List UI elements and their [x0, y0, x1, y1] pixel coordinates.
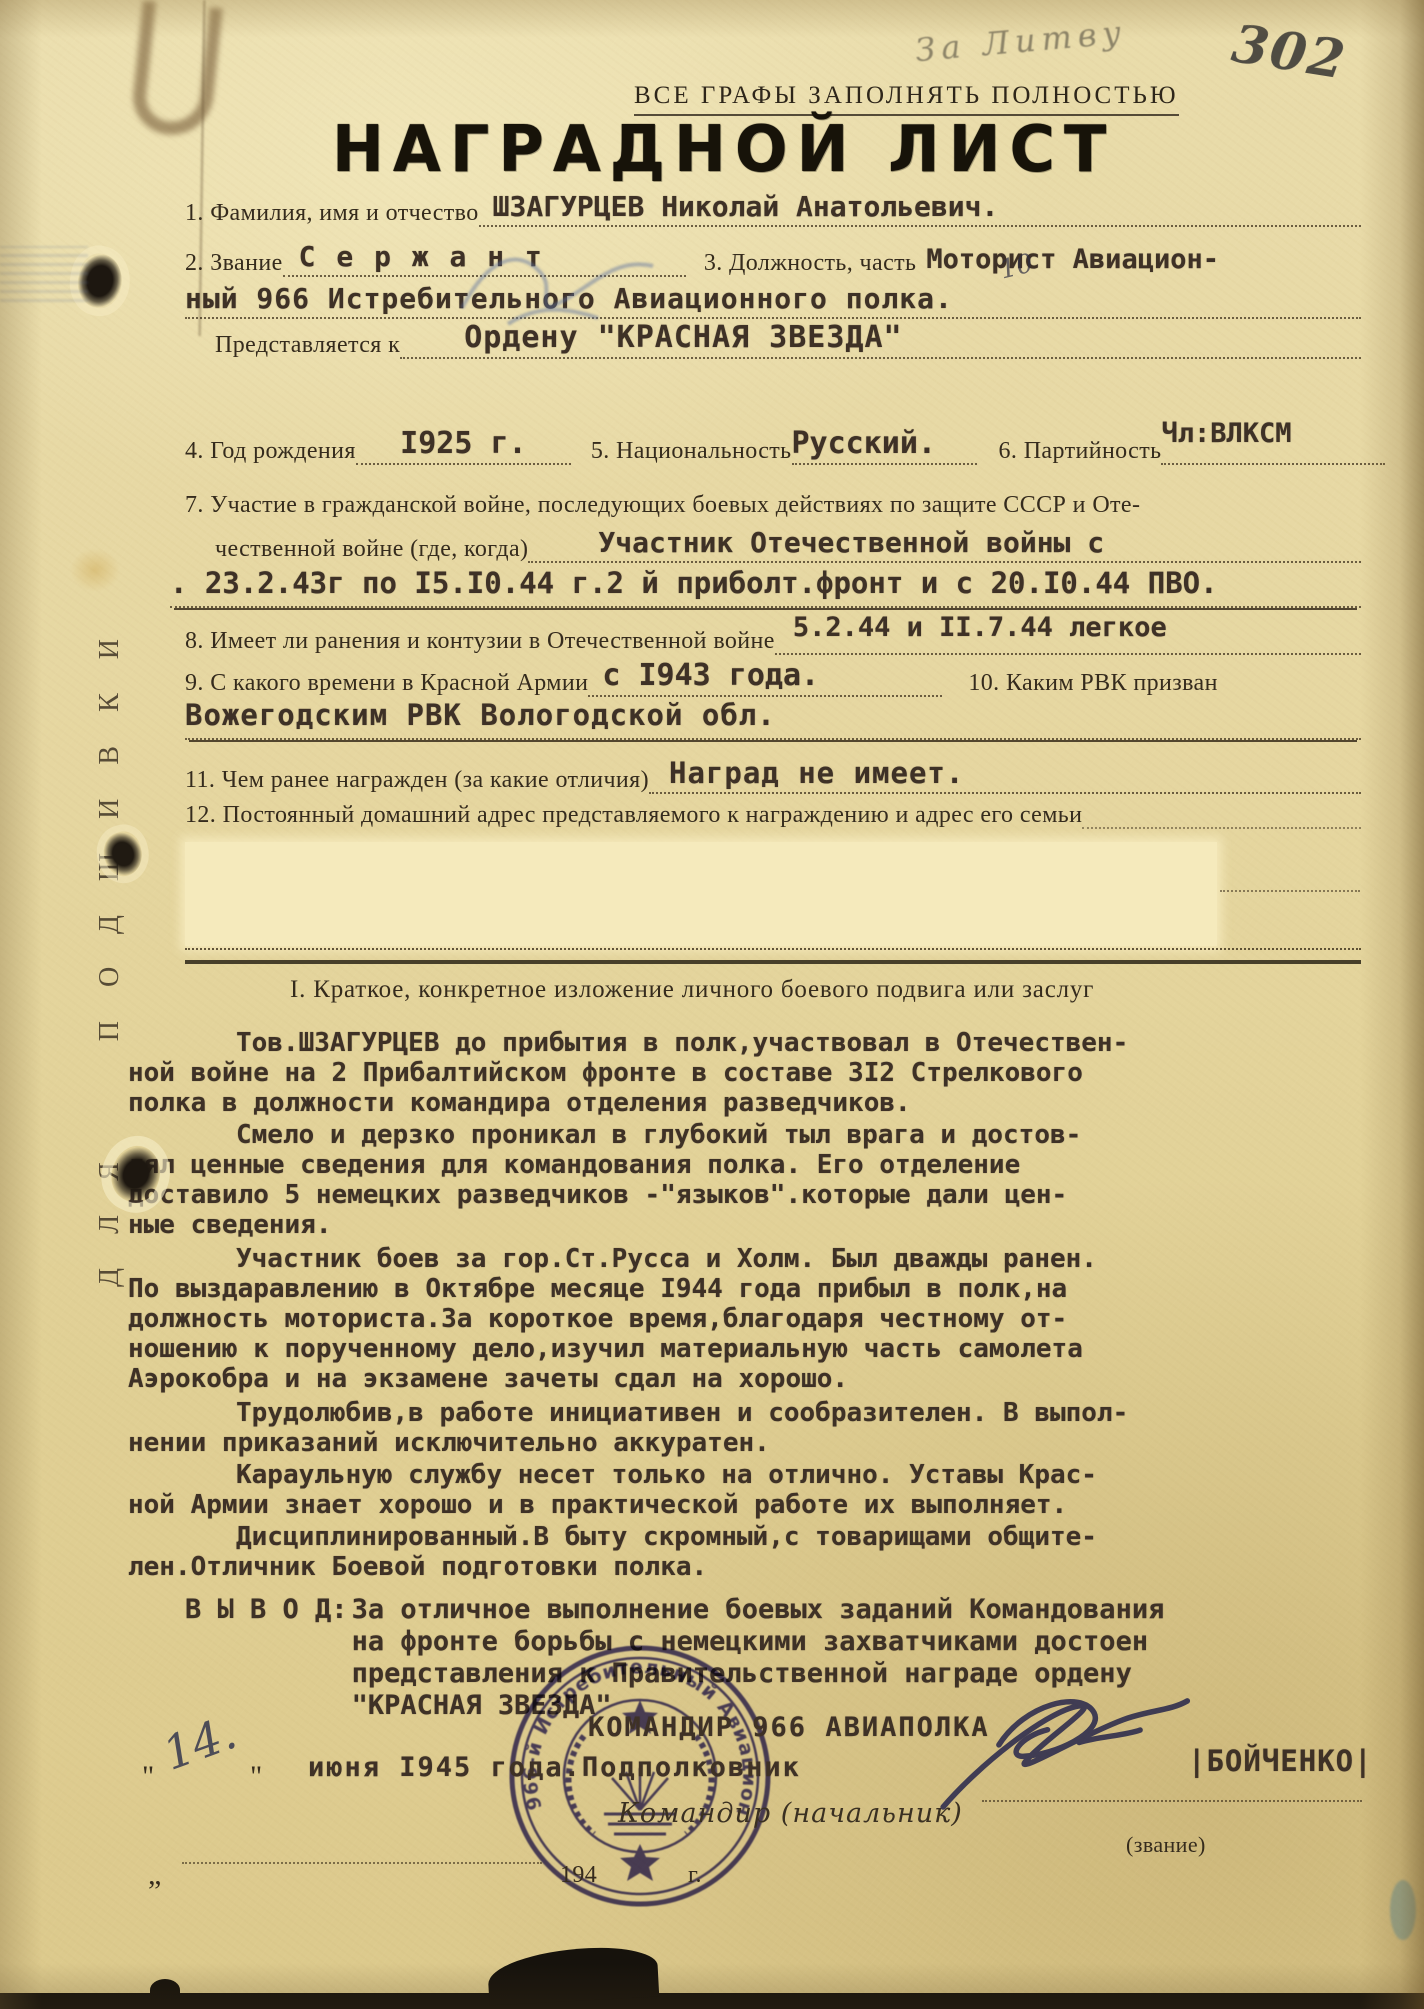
field-3-line: Моторист Авиацион-	[916, 246, 1361, 277]
field-7-row2: чественной войне (где, когда) Участник О…	[215, 528, 1361, 563]
scan-bottom-notch-small	[150, 1979, 180, 2001]
merit-paragraph-1: Тов.ШЗАГУРЦЕВ до прибытия в полк,участво…	[128, 1028, 1318, 1118]
field-5-label: 5. Национальность	[571, 438, 792, 465]
field-3-line2: ный 966 Истребительного Авиационного пол…	[185, 284, 1361, 319]
bottom-quote: „	[148, 1858, 162, 1892]
merit-paragraph-4: Трудолюбив,в работе инициативен и сообра…	[128, 1398, 1318, 1458]
field-12-line	[1082, 827, 1361, 829]
handwritten-correction: 10	[997, 248, 1036, 285]
field-5-line: Русский.	[792, 428, 977, 465]
field-3-label: 3. Должность, часть	[686, 250, 917, 277]
ghost-stamp-left	[0, 246, 88, 302]
rank-dotted-line	[982, 1800, 1362, 1802]
staple-rust-mark	[129, 0, 222, 139]
field-6-line: Чл:ВЛКСМ	[1161, 432, 1385, 465]
commander-surname: |БОЙЧЕНКО|	[1188, 1744, 1373, 1778]
conclusion-label: В Ы В О Д:	[185, 1594, 348, 1625]
field-8-label: 8. Имеет ли ранения и контузии в Отечест…	[185, 628, 775, 655]
day-quote-close: "	[250, 1760, 263, 1794]
merit-paragraph-5: Караульную службу несет только на отличн…	[128, 1460, 1318, 1520]
field-11-row: 11. Чем ранее награжден (за какие отличи…	[185, 758, 1361, 794]
field-7-label-line2: чественной войне (где, когда)	[215, 536, 528, 563]
field-7-line1: Участник Отечественной войны с	[528, 528, 1361, 563]
field-4-value: I925 г.	[400, 426, 526, 461]
presented-to-label: Представляется к	[215, 332, 400, 359]
field-10-label: 10. Каким РВК призван	[942, 670, 1217, 697]
teal-ink-smudge	[1390, 1880, 1416, 1940]
presented-to-line: Ордену "КРАСНАЯ ЗВЕЗДА"	[400, 322, 1361, 359]
field-11-line: Наград не имеет.	[649, 758, 1361, 794]
role-caption: Командир (начальник)	[618, 1798, 963, 1829]
field-8-line: 5.2.44 и II.7.44 легкое	[775, 622, 1361, 655]
field-7-value-line2: . 23.2.43г по I5.I0.44 г.2 й приболт.фро…	[170, 566, 1218, 600]
field-2-label: 2. Звание	[185, 250, 283, 277]
field-12-label: 12. Постоянный домашний адрес представля…	[185, 802, 1082, 829]
address-dotted-line	[1220, 890, 1360, 892]
field-9-value: с I943 года.	[602, 658, 819, 693]
field-7-line2: . 23.2.43г по I5.I0.44 г.2 й приболт.фро…	[170, 568, 1361, 608]
field-12-row: 12. Постоянный домашний адрес представля…	[185, 802, 1361, 829]
field-9-line: с I943 года.	[588, 660, 942, 697]
field-8-value: 5.2.44 и II.7.44 легкое	[793, 612, 1167, 643]
field-1-value: ШЗАГУРЦЕВ Николай Анатольевич.	[493, 190, 999, 223]
margin-filing-text: ДЛЯ ПОДШИВКИ	[94, 396, 126, 1496]
field-10-line: Вожегодским РВК Вологодской обл.	[185, 700, 1361, 740]
merit-paragraph-3: Участник боев за гор.Ст.Русса и Холм. Бы…	[128, 1244, 1318, 1394]
field-7-value-line1: Участник Отечественной войны с	[598, 526, 1104, 559]
award-sheet-document: За Литву 302 ВСЕ ГРАФЫ ЗАПОЛНЯТЬ ПОЛНОСТ…	[0, 0, 1424, 2009]
merit-paragraph-6: Дисциплинированный.В быту скромный,с тов…	[128, 1522, 1318, 1582]
presented-to-value: Ордену "КРАСНАЯ ЗВЕЗДА"	[464, 320, 902, 355]
field-6-label: 6. Партийность	[977, 438, 1162, 465]
section-1-heading: I. Краткое, конкретное изложение личного…	[290, 976, 1094, 1004]
field-10-value-row: Вожегодским РВК Вологодской обл.	[185, 700, 1361, 740]
torn-hole-top	[73, 250, 127, 312]
rank-caption: (звание)	[1126, 1832, 1206, 1858]
fields-4-5-6-row: 4. Год рождения I925 г. 5. Национальност…	[185, 428, 1385, 465]
bottom-year-suffix: г.	[688, 1862, 702, 1889]
field-3-continuation-row: ный 966 Истребительного Авиационного пол…	[185, 284, 1361, 319]
fields-9-10-row: 9. С какого времени в Красной Армии с I9…	[185, 660, 1361, 697]
pencil-note: За Литву	[914, 13, 1129, 69]
section-divider-solid	[185, 960, 1361, 964]
date-line: июня I945 года.Подполковник	[308, 1752, 801, 1783]
field-10-value: Вожегодским РВК Вологодской обл.	[185, 698, 776, 732]
field-2-value: С е р ж а н т	[299, 240, 544, 273]
redacted-address-block	[185, 842, 1217, 946]
field-4-label: 4. Год рождения	[185, 438, 356, 465]
field-1-line: ШЗАГУРЦЕВ Николай Анатольевич.	[479, 192, 1361, 227]
field-6-value: Чл:ВЛКСМ	[1161, 418, 1291, 449]
field-1-label: 1. Фамилия, имя и отчество	[185, 200, 479, 227]
field-3-value-line1: Моторист Авиацион-	[926, 244, 1219, 275]
field-5-value: Русский.	[792, 426, 937, 461]
field-1-row: 1. Фамилия, имя и отчество ШЗАГУРЦЕВ Ник…	[185, 192, 1361, 227]
page-number-annotation: 302	[1228, 13, 1351, 91]
presented-to-row: Представляется к Ордену "КРАСНАЯ ЗВЕЗДА"	[215, 322, 1361, 359]
merit-paragraph-2: Смело и дерзко проникал в глубокий тыл в…	[128, 1120, 1318, 1240]
section-divider-dotted	[185, 948, 1361, 950]
bottom-year-fragment: 194	[560, 1862, 597, 1889]
field-4-line: I925 г.	[356, 428, 571, 465]
field-9-label: 9. С какого времени в Красной Армии	[185, 670, 588, 697]
field-11-value: Наград не имеет.	[669, 756, 964, 790]
field-2-3-row: 2. Звание С е р ж а н т 3. Должность, ча…	[185, 242, 1361, 277]
field-2-line: С е р ж а н т	[283, 242, 686, 277]
bottom-dotted-line	[182, 1862, 542, 1864]
document-title: НАГРАДНОЙ ЛИСТ	[332, 111, 1115, 187]
field-7-label-line1: 7. Участие в гражданской войне, последую…	[185, 492, 1140, 519]
field-3-value-line2: ный 966 Истребительного Авиационного пол…	[185, 282, 953, 315]
commander-signature	[923, 1668, 1206, 1835]
scan-bottom-edge	[0, 1993, 1424, 2009]
day-quote-open: "	[142, 1760, 155, 1794]
field-8-row: 8. Имеет ли ранения и контузии в Отечест…	[185, 622, 1361, 655]
scan-bottom-notch	[487, 1945, 659, 2006]
field-7-row3: . 23.2.43г по I5.I0.44 г.2 й приболт.фро…	[170, 568, 1361, 608]
field-11-label: 11. Чем ранее награжден (за какие отличи…	[185, 767, 649, 794]
